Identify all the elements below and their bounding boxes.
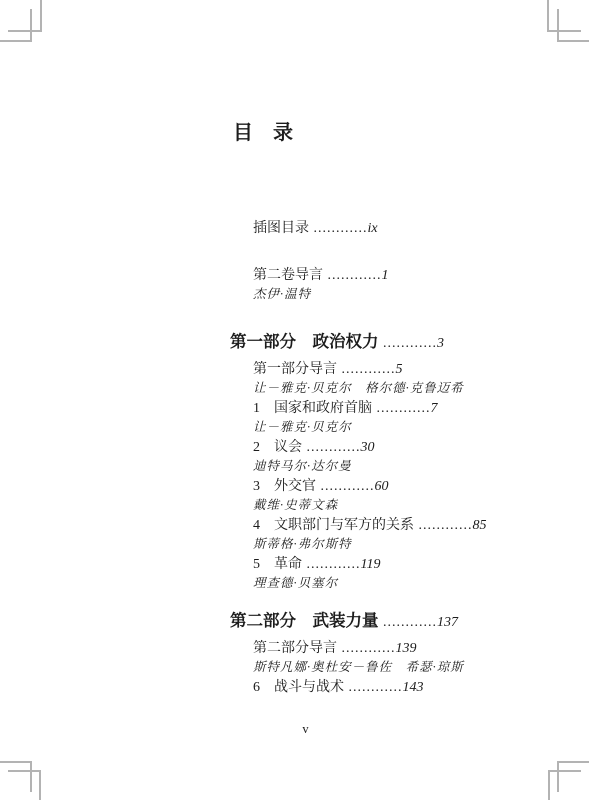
toc-label: 第二部分 武装力量 (230, 611, 379, 630)
page-number: 137 (437, 615, 458, 630)
page-number: 85 (473, 518, 487, 533)
leader-dots: ............ (337, 641, 396, 656)
toc-entry-line: 第二卷导言 ............1 (253, 266, 570, 286)
crop-mark-top-left-inner (0, 9, 32, 42)
toc-entry-line: 1 国家和政府首脑 ............7 (253, 399, 570, 419)
toc-label: 3 外交官 (253, 479, 316, 494)
toc-label: 第二部分导言 (253, 641, 337, 656)
toc-entry-line: 3 外交官 ............60 (253, 477, 570, 497)
leader-dots: ............ (337, 362, 396, 377)
toc-author-line: 杰伊·温特 (253, 285, 570, 305)
toc-entry-line: 2 议会 ............30 (253, 438, 570, 458)
leader-dots: ............ (309, 221, 368, 236)
toc-label: 斯蒂格·弗尔斯特 (253, 537, 352, 551)
page-number: 5 (396, 362, 403, 377)
leader-dots: ............ (372, 401, 431, 416)
crop-mark-bottom-right-inner (548, 770, 581, 800)
toc-label: 第一部分 政治权力 (230, 332, 379, 351)
crop-mark-bottom-left-inner (8, 770, 41, 800)
toc-entry-line: 5 革命 ............119 (253, 555, 570, 575)
toc-part-header: 第二部分 武装力量 ............137 (230, 610, 570, 634)
leader-dots: ............ (323, 268, 382, 283)
page-title: 目 录 (233, 121, 293, 145)
toc-entry-line: 第一部分导言 ............5 (253, 360, 570, 380)
toc-label: 1 国家和政府首脑 (253, 401, 372, 416)
page-number: 143 (403, 680, 424, 695)
toc-entry-line: 4 文职部门与军方的关系 ............85 (253, 516, 570, 536)
toc-label: 让－雅克·贝克尔 (253, 420, 352, 434)
toc-author-line: 迪特马尔·达尔曼 (253, 457, 570, 477)
toc-entry-line: 插图目录 ............ix (253, 219, 570, 239)
toc-label: 斯特凡娜·奥杜安－鲁佐 希瑟·琼斯 (253, 660, 464, 674)
book-page: 目 录 插图目录 ............ix第二卷导言 ...........… (0, 0, 589, 800)
leader-dots: ............ (302, 557, 361, 572)
toc-label: 6 战斗与战术 (253, 680, 344, 695)
page-number: 60 (375, 479, 389, 494)
folio-page-number: v (0, 722, 589, 737)
toc-author-line: 斯蒂格·弗尔斯特 (253, 535, 570, 555)
toc-author-line: 让－雅克·贝克尔 (253, 418, 570, 438)
page-number: 7 (431, 401, 438, 416)
toc-label: 理查德·贝塞尔 (253, 576, 338, 590)
toc-author-line: 让－雅克·贝克尔 格尔德·克鲁迈希 (253, 379, 570, 399)
toc-author-line: 理查德·贝塞尔 (253, 574, 570, 594)
toc-list: 插图目录 ............ix第二卷导言 ............1杰伊… (230, 219, 570, 697)
page-number: 30 (361, 440, 375, 455)
crop-mark-top-right-inner (557, 9, 589, 42)
leader-dots: ............ (344, 680, 403, 695)
leader-dots: ............ (414, 518, 473, 533)
leader-dots: ............ (379, 615, 438, 630)
toc-label: 5 革命 (253, 557, 302, 572)
toc-label: 插图目录 (253, 221, 309, 236)
page-number: 119 (361, 557, 381, 572)
leader-dots: ............ (379, 336, 438, 351)
toc-label: 4 文职部门与军方的关系 (253, 518, 414, 533)
leader-dots: ............ (316, 479, 375, 494)
toc-label: 第一部分导言 (253, 362, 337, 377)
page-number: ix (368, 221, 378, 236)
toc-label: 迪特马尔·达尔曼 (253, 459, 352, 473)
toc-label: 2 议会 (253, 440, 302, 455)
toc-author-line: 戴维·史蒂文森 (253, 496, 570, 516)
toc-entry-line: 第二部分导言 ............139 (253, 639, 570, 659)
page-number: 139 (396, 641, 417, 656)
toc-label: 第二卷导言 (253, 268, 323, 283)
leader-dots: ............ (302, 440, 361, 455)
toc-label: 戴维·史蒂文森 (253, 498, 338, 512)
toc-author-line: 斯特凡娜·奥杜安－鲁佐 希瑟·琼斯 (253, 658, 570, 678)
toc-entry-line: 6 战斗与战术 ............143 (253, 678, 570, 698)
page-number: 3 (437, 336, 444, 351)
toc-label: 杰伊·温特 (253, 287, 311, 301)
toc-label: 让－雅克·贝克尔 格尔德·克鲁迈希 (253, 381, 464, 395)
toc-part-header: 第一部分 政治权力 ............3 (230, 331, 570, 355)
page-number: 1 (382, 268, 389, 283)
